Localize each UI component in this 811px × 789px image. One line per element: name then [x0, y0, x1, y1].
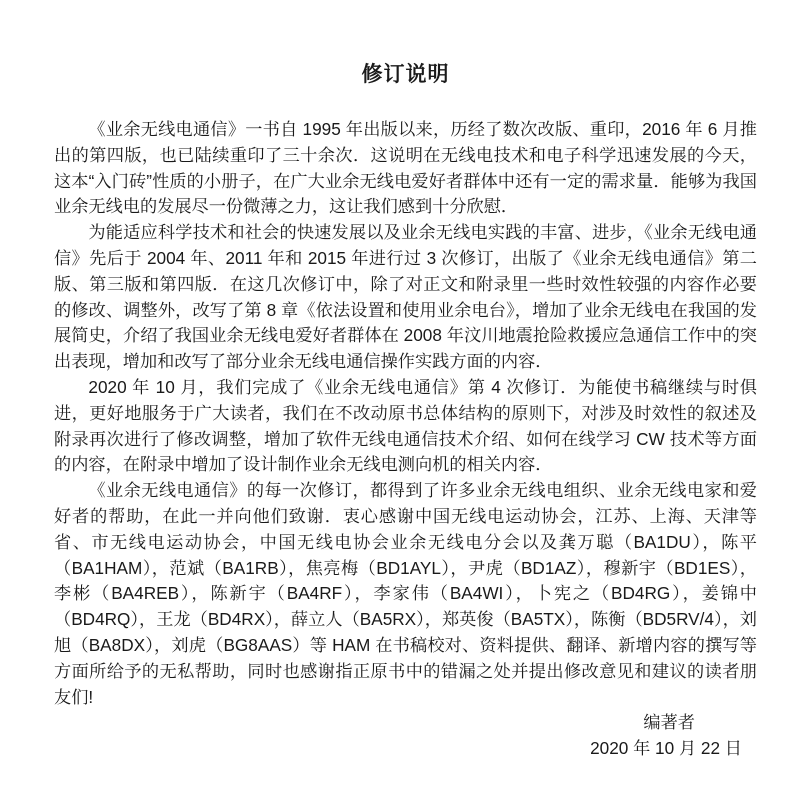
- document-body: 《业余无线电通信》一书自 1995 年出版以来，历经了数次改版、重印，2016 …: [0, 87, 811, 762]
- signature-author: 编著者: [54, 710, 757, 736]
- paragraph-3: 2020 年 10 月，我们完成了《业余无线电通信》第 4 次修订．为能使书稿继…: [54, 375, 757, 478]
- paragraph-2: 为能适应科学技术和社会的快速发展以及业余无线电实践的丰富、进步，《业余无线电通信…: [54, 220, 757, 375]
- page-title: 修订说明: [0, 0, 811, 87]
- signature-date: 2020 年 10 月 22 日: [54, 736, 757, 762]
- paragraph-1: 《业余无线电通信》一书自 1995 年出版以来，历经了数次改版、重印，2016 …: [54, 117, 757, 220]
- signature-block: 编著者 2020 年 10 月 22 日: [54, 710, 757, 762]
- paragraph-4: 《业余无线电通信》的每一次修订，都得到了许多业余无线电组织、业余无线电家和爱好者…: [54, 478, 757, 710]
- book-page: 修订说明 《业余无线电通信》一书自 1995 年出版以来，历经了数次改版、重印，…: [0, 0, 811, 789]
